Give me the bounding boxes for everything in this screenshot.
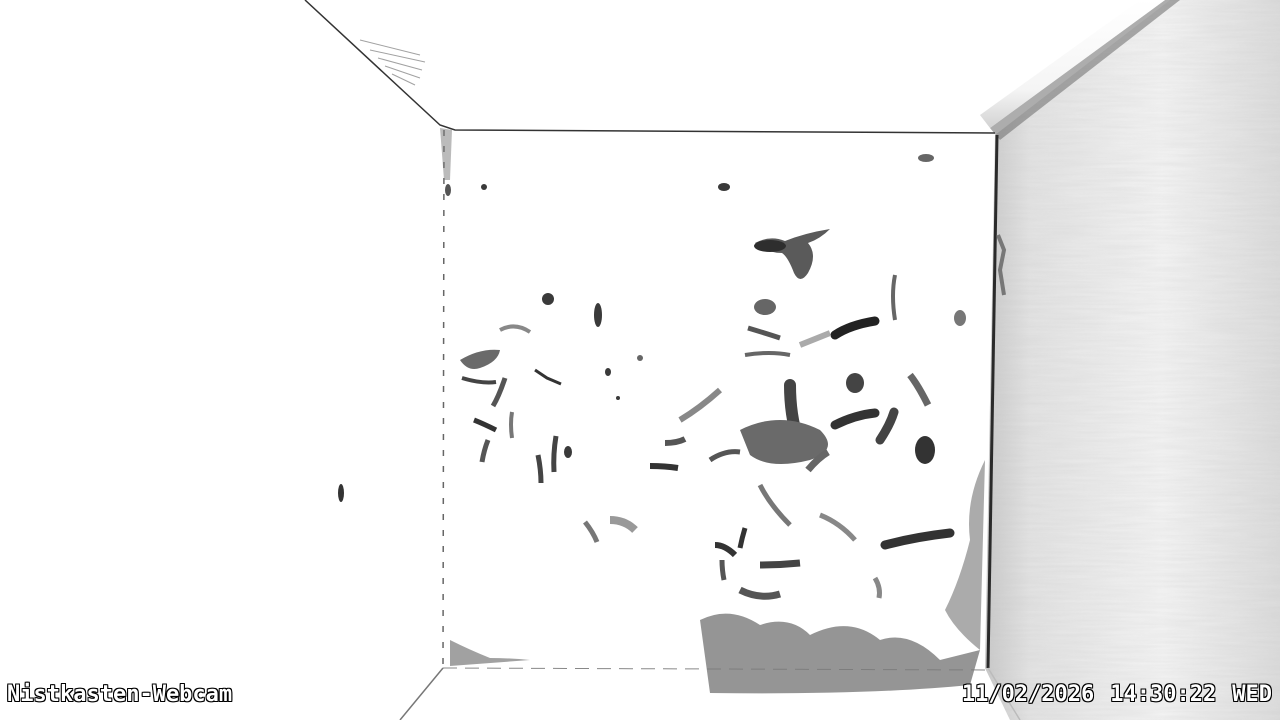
wall-edges bbox=[305, 0, 1020, 720]
nest-box-scene bbox=[0, 0, 1280, 720]
camera-name-label: Nistkasten-Webcam bbox=[7, 683, 232, 707]
webcam-frame: Nistkasten-Webcam 11/02/2026 14:30:22 WE… bbox=[0, 0, 1280, 720]
weekday-label: WED bbox=[1232, 683, 1272, 707]
time-label: 14:30:22 bbox=[1110, 683, 1216, 707]
right-wall bbox=[980, 0, 1280, 720]
date-label: 11/02/2026 bbox=[962, 683, 1094, 707]
timestamp-overlay: 11/02/2026 14:30:22 WED bbox=[962, 683, 1272, 707]
floor-debris bbox=[338, 154, 1004, 693]
